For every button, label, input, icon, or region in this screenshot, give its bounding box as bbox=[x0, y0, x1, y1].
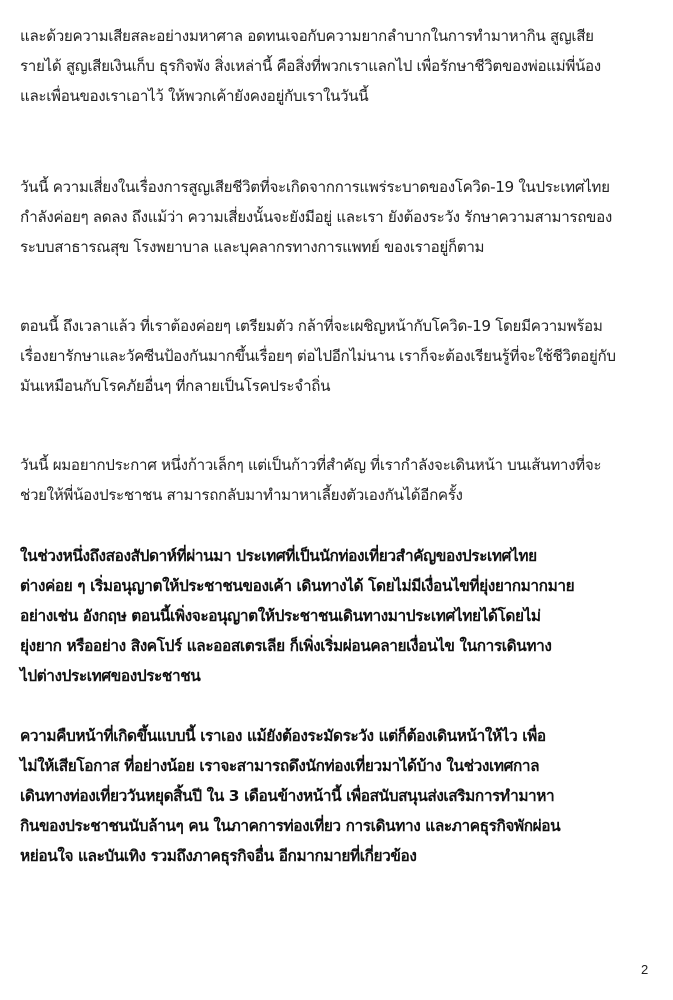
text-line: กำลังค่อยๆ ลดลง ถึงแม้ว่า ความเสี่ยงนั้น… bbox=[20, 202, 660, 232]
text-line: มันเหมือนกับโรคภัยอื่นๆ ที่กลายเป็นโรคปร… bbox=[20, 371, 660, 401]
text-line: ตอนนี้ ถึงเวลาแล้ว ที่เราต้องค่อยๆ เตรีย… bbox=[20, 311, 660, 341]
text-line: ระบบสาธารณสุข โรงพยาบาล และบุคลากรทางการ… bbox=[20, 232, 660, 262]
text-line: วันนี้ ผมอยากประกาศ หนึ่งก้าวเล็กๆ แต่เป… bbox=[20, 450, 660, 480]
text-line: ความคืบหน้าที่เกิดขึ้นแบบนี้ เราเอง แม้ย… bbox=[20, 721, 660, 751]
text-line: ในช่วงหนึ่งถึงสองสัปดาห์ที่ผ่านมา ประเทศ… bbox=[20, 541, 660, 571]
text-line: กินของประชาชนนับล้านๆ คน ในภาคการท่องเที… bbox=[20, 811, 660, 841]
text-line: และด้วยความเสียสละอย่างมหาศาล อดทนเจอกับ… bbox=[20, 21, 660, 51]
paragraph-tourist-countries: ในช่วงหนึ่งถึงสองสัปดาห์ที่ผ่านมา ประเทศ… bbox=[20, 541, 660, 691]
paragraph-announcement: วันนี้ ผมอยากประกาศ หนึ่งก้าวเล็กๆ แต่เป… bbox=[20, 450, 660, 510]
paragraph-sacrifice: และด้วยความเสียสละอย่างมหาศาล อดทนเจอกับ… bbox=[20, 21, 660, 111]
text-line: รายได้ สูญเสียเงินเก็บ ธุรกิจพัง สิ่งเหล… bbox=[20, 51, 660, 81]
text-line: ไม่ให้เสียโอกาส ที่อย่างน้อย เราจะสามารถ… bbox=[20, 751, 660, 781]
text-line: ช่วยให้พี่น้องประชาชน สามารถกลับมาทำมาหา… bbox=[20, 480, 660, 510]
page-number: 2 bbox=[641, 962, 648, 977]
paragraph-progress: ความคืบหน้าที่เกิดขึ้นแบบนี้ เราเอง แม้ย… bbox=[20, 721, 660, 871]
text-line: ยุ่งยาก หรืออย่าง สิงคโปร์ และออสเตรเลีย… bbox=[20, 631, 660, 661]
text-line: ต่างค่อย ๆ เริ่มอนุญาตให้ประชาชนของเค้า … bbox=[20, 571, 660, 601]
text-line: วันนี้ ความเสี่ยงในเรื่องการสูญเสียชีวิต… bbox=[20, 172, 660, 202]
text-line: หย่อนใจ และบันเทิง รวมถึงภาคธุรกิจอื่น อ… bbox=[20, 841, 660, 871]
text-line: ไปต่างประเทศของประชาชน bbox=[20, 661, 660, 691]
text-line: เรื่องยารักษาและวัคซีนป้องกันมากขึ้นเรื่… bbox=[20, 341, 660, 371]
text-line: และเพื่อนของเราเอาไว้ ให้พวกเค้ายังคงอยู… bbox=[20, 81, 660, 111]
text-line: อย่างเช่น อังกฤษ ตอนนี้เพิ่งจะอนุญาตให้ป… bbox=[20, 601, 660, 631]
text-line: เดินทางท่องเที่ยววันหยุดสิ้นปี ใน 3 เดือ… bbox=[20, 781, 660, 811]
document-page: และด้วยความเสียสละอย่างมหาศาล อดทนเจอกับ… bbox=[0, 0, 673, 1000]
paragraph-prepare-covid: ตอนนี้ ถึงเวลาแล้ว ที่เราต้องค่อยๆ เตรีย… bbox=[20, 311, 660, 401]
paragraph-risk-decreasing: วันนี้ ความเสี่ยงในเรื่องการสูญเสียชีวิต… bbox=[20, 172, 660, 262]
